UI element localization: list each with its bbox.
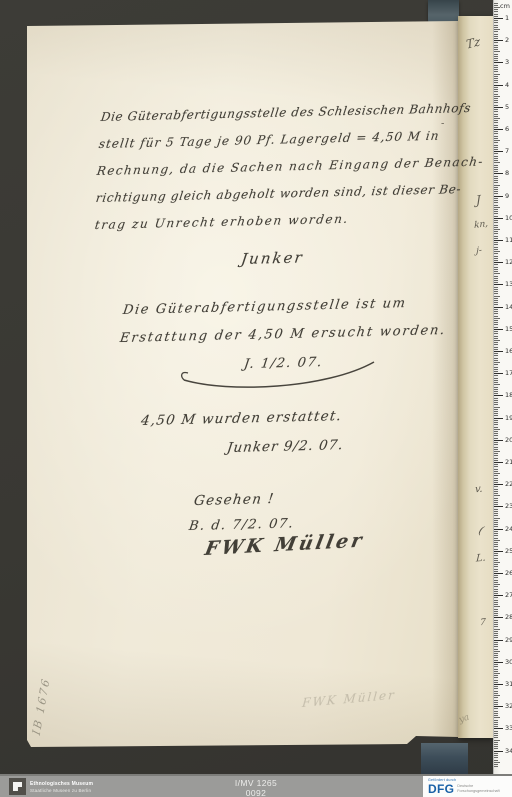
ruler-tick: [494, 269, 498, 270]
ruler-tick: [494, 733, 498, 734]
ruler-tick: [494, 291, 498, 292]
ruler-tick: [494, 78, 498, 79]
ruler-number: 23: [505, 502, 512, 510]
ruler-tick: [494, 318, 500, 319]
ruler-tick: [494, 280, 498, 281]
ruler-tick: [494, 509, 498, 510]
ruler-tick: [494, 551, 503, 552]
ruler-tick: [494, 336, 498, 337]
ruler-tick: [494, 276, 498, 277]
ruler-tick: [494, 353, 498, 354]
ruler-tick: [494, 720, 498, 721]
ruler-tick: [494, 475, 498, 476]
ruler-tick: [494, 296, 500, 297]
ruler-tick: [494, 420, 498, 421]
ruler-tick: [494, 122, 498, 123]
ruler-tick: [494, 333, 498, 334]
ruler-number: 17: [505, 369, 512, 377]
ruler-tick: [494, 80, 498, 81]
ruler-tick: [494, 131, 498, 132]
ruler-number: 20: [505, 436, 512, 444]
ruler-tick: [494, 762, 500, 763]
ruler-tick: [494, 438, 498, 439]
ruler-tick: [494, 431, 498, 432]
ruler-tick: [494, 675, 498, 676]
ruler-tick: [494, 189, 498, 190]
ruler-tick: [494, 167, 498, 168]
ruler-tick: [494, 109, 498, 110]
ruler-tick: [494, 697, 498, 698]
ruler-tick: [494, 577, 498, 578]
ruler-tick: [494, 209, 498, 210]
ruler-tick: [494, 726, 498, 727]
ruler-tick: [494, 89, 498, 90]
ruler-tick: [494, 191, 498, 192]
ruler-tick: [494, 193, 498, 194]
ruler-tick: [494, 422, 498, 423]
ruler-tick: [494, 358, 498, 359]
ruler-tick: [494, 211, 498, 212]
ruler-tick: [494, 518, 500, 519]
ruler-tick: [494, 287, 498, 288]
ruler-tick: [494, 120, 498, 121]
ruler-tick: [494, 522, 498, 523]
gutter-shadow: [432, 21, 458, 747]
ruler-number: 34: [505, 747, 512, 755]
ruler-tick: [494, 402, 498, 403]
ruler-tick: [494, 118, 500, 119]
ruler-tick: [494, 282, 498, 283]
ruler-tick: [494, 338, 498, 339]
ruler-tick: [494, 58, 498, 59]
ruler-tick: [494, 49, 498, 50]
ruler-number: 22: [505, 480, 512, 488]
ruler-tick: [494, 398, 498, 399]
ruler-tick: [494, 504, 498, 505]
ruler-number: 21: [505, 458, 512, 466]
ruler-tick: [494, 593, 498, 594]
facing-page-edge: [458, 16, 493, 738]
ruler-tick: [494, 466, 498, 467]
ruler-tick: [494, 149, 498, 150]
ruler-tick: [494, 127, 498, 128]
ruler-tick: [494, 413, 498, 414]
ruler-tick: [494, 262, 503, 263]
ruler-tick: [494, 173, 503, 174]
ruler-tick: [494, 586, 498, 587]
ruler-tick: [494, 655, 498, 656]
ruler-tick: [494, 480, 498, 481]
ruler-tick: [494, 700, 498, 701]
ruler-tick: [494, 153, 498, 154]
ruler-number: 15: [505, 325, 512, 333]
ruler-tick: [494, 40, 503, 41]
ruler-tick: [494, 526, 498, 527]
ruler-tick: [494, 737, 498, 738]
ruler-tick: [494, 142, 498, 143]
ruler-tick: [494, 316, 498, 317]
ruler-tick: [494, 222, 498, 223]
ruler-number: 30: [505, 658, 512, 666]
ruler-number: 11: [505, 236, 512, 244]
ruler-tick: [494, 362, 500, 363]
ruler-tick: [494, 584, 500, 585]
ruler-tick: [494, 427, 498, 428]
ruler-tick: [494, 558, 498, 559]
manuscript-page: [27, 21, 458, 747]
ruler-tick: [494, 300, 498, 301]
ruler-number: 6: [505, 125, 509, 133]
ruler-tick: [494, 677, 498, 678]
ruler-tick: [494, 36, 498, 37]
ruler-tick: [494, 236, 498, 237]
ruler-tick: [494, 597, 498, 598]
ruler-tick: [494, 389, 498, 390]
ruler-number: 33: [505, 724, 512, 732]
ruler-number: 26: [505, 569, 512, 577]
ruler-tick: [494, 384, 500, 385]
ruler-tick: [494, 744, 498, 745]
ruler-tick: [494, 258, 498, 259]
ruler-tick: [494, 233, 498, 234]
ruler-tick: [494, 56, 498, 57]
ruler-tick: [494, 429, 500, 430]
ruler-tick: [494, 535, 498, 536]
ruler-tick: [494, 615, 498, 616]
ruler-tick: [494, 320, 498, 321]
ruler-tick: [494, 542, 498, 543]
ruler-tick: [494, 533, 498, 534]
ruler-tick: [494, 51, 500, 52]
ruler-tick: [494, 544, 498, 545]
ruler-tick: [494, 342, 498, 343]
ruler-tick: [494, 515, 498, 516]
ruler-number: 1: [505, 14, 509, 22]
ruler-tick: [494, 562, 500, 563]
ruler-tick: [494, 82, 498, 83]
ruler-tick: [494, 129, 503, 130]
ruler-tick: [494, 520, 498, 521]
dfg-logo: DFG: [428, 783, 454, 795]
ruler-tick: [494, 180, 498, 181]
ruler-tick: [494, 649, 498, 650]
ruler-tick: [494, 322, 498, 323]
ruler-tick: [494, 635, 498, 636]
ruler-tick: [494, 393, 498, 394]
ruler-tick: [494, 409, 498, 410]
ruler-tick: [494, 313, 498, 314]
ruler-tick: [494, 606, 500, 607]
ruler-tick: [494, 575, 498, 576]
ruler-tick: [494, 469, 498, 470]
ruler-tick: [494, 76, 498, 77]
ruler-number: 8: [505, 169, 509, 177]
ruler-number: 24: [505, 525, 512, 533]
ruler-tick: [494, 453, 498, 454]
ruler-tick: [494, 617, 503, 618]
ruler-tick: [494, 449, 498, 450]
ruler-tick: [494, 613, 498, 614]
ruler-tick: [494, 29, 500, 30]
ruler-tick: [494, 686, 498, 687]
ruler-tick: [494, 60, 498, 61]
ruler-tick: [494, 684, 503, 685]
ruler-number: 9: [505, 192, 509, 200]
ruler-tick: [494, 591, 498, 592]
ruler-unit-label: cm: [500, 2, 510, 10]
ruler-tick: [494, 493, 498, 494]
ruler-tick: [494, 116, 498, 117]
ruler-tick: [494, 253, 498, 254]
ruler-tick: [494, 27, 498, 28]
ruler-tick: [494, 458, 498, 459]
ruler-tick: [494, 484, 503, 485]
scan-viewport: cm 1234567891011121314151617181920212223…: [0, 0, 512, 797]
ruler-tick: [494, 513, 498, 514]
ruler-tick: [494, 298, 498, 299]
ruler-number: 32: [505, 702, 512, 710]
ruler-tick: [494, 495, 500, 496]
ruler-tick: [494, 54, 498, 55]
ruler-tick: [494, 582, 498, 583]
ruler-tick: [494, 256, 498, 257]
ruler-tick: [494, 560, 498, 561]
ruler-tick: [494, 651, 500, 652]
ruler-tick: [494, 478, 498, 479]
ruler-tick: [494, 307, 503, 308]
ruler-tick: [494, 71, 498, 72]
ruler-tick: [494, 309, 498, 310]
ruler-tick: [494, 96, 500, 97]
ruler-tick: [494, 766, 498, 767]
ruler-tick: [494, 271, 498, 272]
ruler-tick: [494, 140, 500, 141]
ruler-tick: [494, 18, 503, 19]
ruler-tick: [494, 205, 498, 206]
ruler-tick: [494, 349, 498, 350]
ruler-tick: [494, 380, 498, 381]
ruler-tick: [494, 742, 498, 743]
ruler-number: 7: [505, 147, 509, 155]
ruler-tick: [494, 529, 503, 530]
ruler-tick: [494, 486, 498, 487]
ruler-tick: [494, 225, 498, 226]
ruler-tick: [494, 351, 503, 352]
ruler-tick: [494, 631, 498, 632]
ruler-tick: [494, 693, 498, 694]
ruler-tick: [494, 284, 503, 285]
ruler-tick: [494, 757, 498, 758]
ruler-number: 12: [505, 258, 512, 266]
ruler-tick: [494, 249, 498, 250]
ruler-tick: [494, 395, 503, 396]
ruler-tick: [494, 553, 498, 554]
ruler-tick: [494, 304, 498, 305]
ruler-tick: [494, 695, 500, 696]
ruler-tick: [494, 462, 503, 463]
ruler-tick: [494, 289, 498, 290]
ruler-tick: [494, 411, 498, 412]
ruler-tick: [494, 482, 498, 483]
ruler-tick: [494, 531, 498, 532]
ruler-tick: [494, 662, 503, 663]
ruler-tick: [494, 660, 498, 661]
ruler-tick: [494, 67, 498, 68]
ruler-number: 29: [505, 636, 512, 644]
ruler-tick: [494, 125, 498, 126]
ruler-tick: [494, 227, 498, 228]
dfg-funding-block: Gefördert durch DFG Deutsche Forschungsg…: [423, 776, 512, 797]
ruler-tick: [494, 502, 498, 503]
ruler-tick: [494, 600, 498, 601]
ruler-tick: [494, 680, 498, 681]
ruler-tick: [494, 165, 498, 166]
ruler-tick: [494, 540, 500, 541]
ruler-tick: [494, 105, 498, 106]
ruler-tick: [494, 604, 498, 605]
ruler-tick: [494, 455, 498, 456]
ruler-tick: [494, 327, 498, 328]
ruler-tick: [494, 491, 498, 492]
ruler-tick: [494, 722, 498, 723]
ruler-tick: [494, 45, 498, 46]
ruler-tick: [494, 367, 498, 368]
ruler-tick: [494, 620, 498, 621]
ruler-tick: [494, 751, 503, 752]
ruler-tick: [494, 669, 498, 670]
ruler-tick: [494, 764, 498, 765]
ruler-tick: [494, 657, 498, 658]
ruler-tick: [494, 498, 498, 499]
ruler-tick: [494, 5, 498, 6]
ruler-tick: [494, 460, 498, 461]
ruler-tick: [494, 546, 498, 547]
ruler-tick: [494, 715, 498, 716]
ruler-tick: [494, 14, 498, 15]
ruler-tick: [494, 524, 498, 525]
ruler-number: 25: [505, 547, 512, 555]
ruler-tick: [494, 595, 503, 596]
ruler-tick: [494, 664, 498, 665]
ruler-tick: [494, 216, 498, 217]
ruler-tick: [494, 646, 498, 647]
ruler-tick: [494, 706, 503, 707]
ruler-tick: [494, 713, 498, 714]
ruler-tick: [494, 31, 498, 32]
ruler-tick: [494, 407, 500, 408]
ruler-tick: [494, 74, 500, 75]
ruler-tick: [494, 746, 498, 747]
ruler-tick: [494, 9, 498, 10]
ruler-tick: [494, 637, 498, 638]
ruler-tick: [494, 378, 498, 379]
ruler-tick: [494, 102, 498, 103]
ruler-tick: [494, 373, 503, 374]
ruler-tick: [494, 691, 498, 692]
ruler-tick: [494, 626, 498, 627]
ruler-tick: [494, 329, 503, 330]
ruler-tick: [494, 418, 503, 419]
ruler-tick: [494, 278, 498, 279]
ruler-tick: [494, 20, 498, 21]
ruler-tick: [494, 564, 498, 565]
ruler-tick: [494, 62, 503, 63]
ruler-tick: [494, 464, 498, 465]
ruler-tick: [494, 213, 498, 214]
ruler-tick: [494, 218, 503, 219]
ruler-tick: [494, 387, 498, 388]
ruler-tick: [494, 400, 498, 401]
ruler-tick: [494, 702, 498, 703]
ruler-tick: [494, 260, 498, 261]
dfg-row: DFG Deutsche Forschungsgemeinschaft: [428, 783, 509, 795]
ruler-tick: [494, 375, 498, 376]
ruler-tick: [494, 666, 498, 667]
ruler-tick: [494, 91, 498, 92]
ruler-tick: [494, 267, 498, 268]
ruler-tick: [494, 344, 498, 345]
ruler-number: 31: [505, 680, 512, 688]
ruler-tick: [494, 47, 498, 48]
ruler-tick: [494, 145, 498, 146]
ruler-tick: [494, 171, 498, 172]
ruler-tick: [494, 182, 498, 183]
ruler-number: 28: [505, 613, 512, 621]
paper-sheen: [27, 21, 458, 747]
ruler-tick: [494, 98, 498, 99]
ruler-tick: [494, 640, 503, 641]
ruler-tick: [494, 11, 498, 12]
ruler-tick: [494, 740, 500, 741]
ruler-tick: [494, 178, 498, 179]
ruler-tick: [494, 642, 498, 643]
ruler-number: 3: [505, 58, 509, 66]
ruler-tick: [494, 107, 503, 108]
ruler-tick: [494, 69, 498, 70]
ruler-tick: [494, 644, 498, 645]
ruler-tick: [494, 671, 498, 672]
ruler-tick: [494, 704, 498, 705]
ruler-tick: [494, 440, 503, 441]
ruler-tick: [494, 151, 503, 152]
ruler-tick: [494, 755, 498, 756]
ruler-tick: [494, 147, 498, 148]
ruler-tick: [494, 138, 498, 139]
ruler-tick: [494, 244, 498, 245]
viewer-footer: Ethnologisches Museum Staatliche Museen …: [0, 774, 512, 797]
ruler-tick: [494, 735, 498, 736]
ruler-tick: [494, 311, 498, 312]
ruler-tick: [494, 158, 498, 159]
ruler-tick: [494, 404, 498, 405]
book-clamp-bottom: [421, 743, 468, 775]
ruler-tick: [494, 133, 498, 134]
ruler-number: 13: [505, 280, 512, 288]
ruler-tick: [494, 114, 498, 115]
ruler-tick: [494, 682, 498, 683]
ruler-tick: [494, 471, 498, 472]
ruler-tick: [494, 444, 498, 445]
ruler-tick: [494, 624, 498, 625]
ruler-tick: [494, 549, 498, 550]
ruler-tick: [494, 240, 503, 241]
ruler-tick: [494, 711, 498, 712]
ruler-number: 27: [505, 591, 512, 599]
ruler-tick: [494, 347, 498, 348]
ruler-tick: [494, 231, 498, 232]
ruler-tick: [494, 176, 498, 177]
ruler-tick: [494, 555, 498, 556]
